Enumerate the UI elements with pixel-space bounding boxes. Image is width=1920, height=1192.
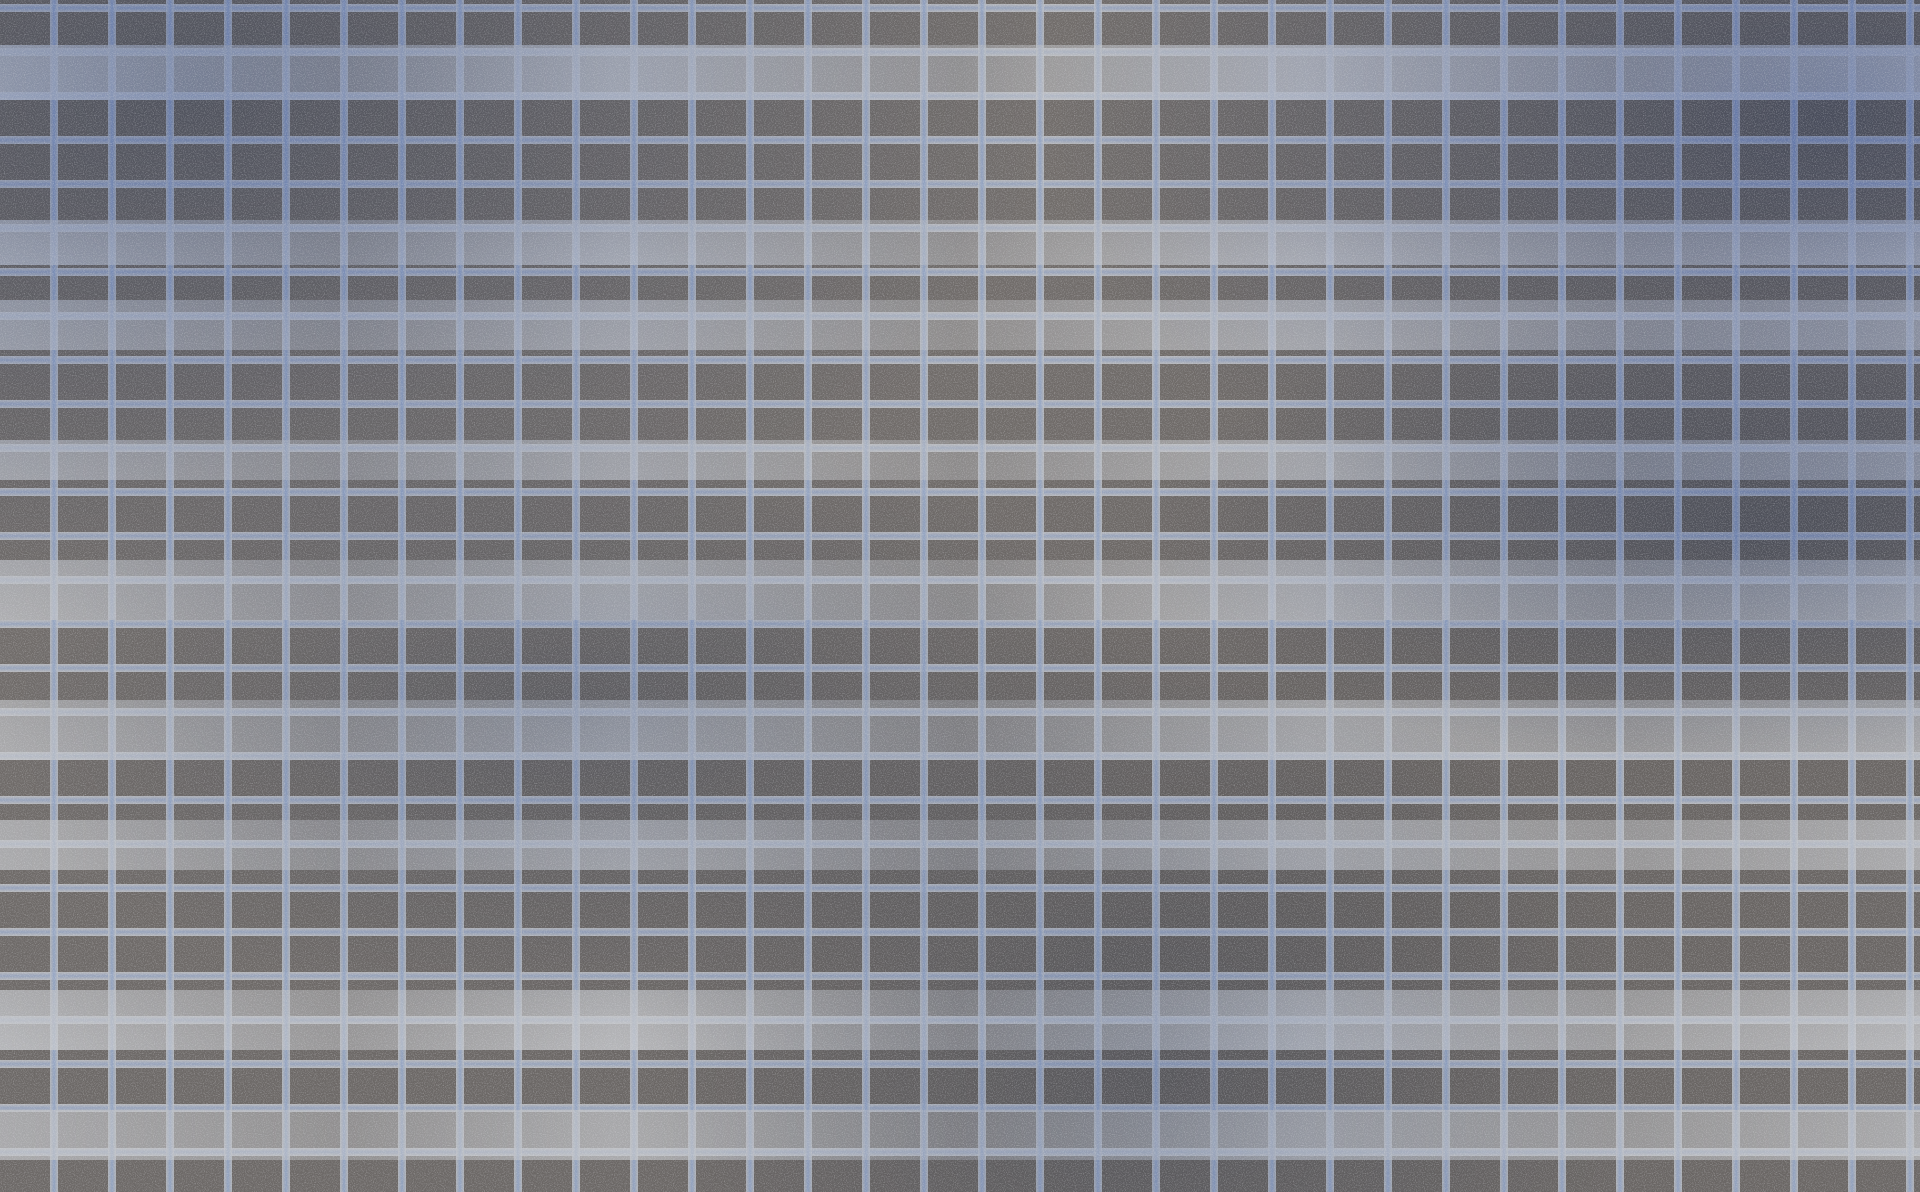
rug-texture-photo: Close-up photograph of a textured rug wi… xyxy=(0,0,1920,1192)
rug-speckle xyxy=(0,0,1920,1192)
